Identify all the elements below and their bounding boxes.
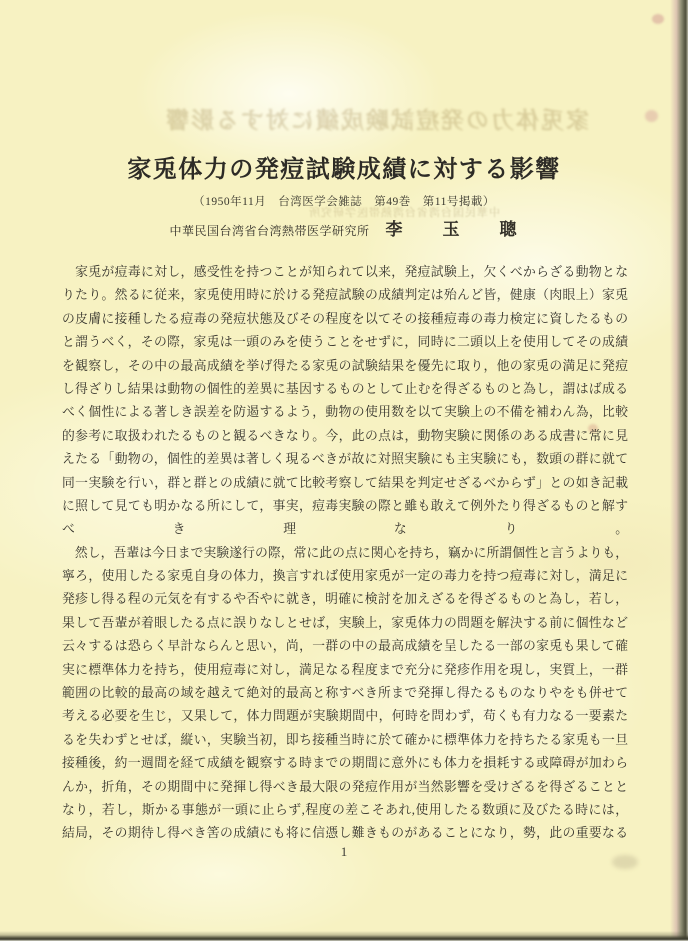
page-number: 1 bbox=[0, 844, 688, 860]
body-line: なり，若し，斯かる事態が一頭に止らず,程度の差こそあれ,使用したる数頭に及びたる… bbox=[62, 799, 628, 822]
author-affiliation: 中華民国台湾省台湾熱帯医学研究所 bbox=[169, 224, 369, 238]
body-line: 発疹し得る程の元気を有するや否やに就き，明確に検討を加えざるを得ざるものと為し，… bbox=[62, 588, 628, 611]
byline: 中華民国台湾省台湾熱帯医学研究所 李 玉 聰 bbox=[0, 215, 688, 240]
body-line: べく個性による著しき誤差を防遏するよう，動物の使用数を以て実験上の不備を補わん為… bbox=[62, 401, 628, 424]
author-name: 李 玉 聰 bbox=[386, 220, 519, 239]
scan-edge-right bbox=[670, 0, 688, 940]
ink-showthrough-title: 家兎体力の発痘試験成績に対する影響 bbox=[0, 102, 688, 135]
body-line: し得ざりし結果は動物の個性的差異に基因するものとして止むを得ざるものと為し，謂は… bbox=[62, 378, 628, 401]
body-line: えたる「動物の，個性的差異は著しく現るべきが故に対照実験にも主実験にも，数頭の群… bbox=[62, 448, 628, 471]
body-line: りたり。然るに従来，家兎使用時に於ける発痘試験の成績判定は殆んど皆，健康（肉眼上… bbox=[62, 284, 628, 307]
body-line: 的参考に取扱われたるものと観るべきなり。今，此の点は，動物実験に関係のある成書に… bbox=[62, 425, 628, 448]
body-line: 果して吾輩が着眼したる点に誤りなしとせば，実験上，家兎体力の問題を解決する前に個… bbox=[62, 612, 628, 635]
body-line: を観察し，その中の最高成績を挙げ得たる家兎の試験結果を優先に取り，他の家兎の満足… bbox=[62, 355, 628, 378]
scan-edge-bottom bbox=[0, 931, 688, 941]
body-line: るを失わずとせば，縦い，実験当初，即ち接種当時に於て確かに標準体力を持ちたる家兎… bbox=[62, 729, 628, 752]
body-line: 云々するは恐らく早計ならんと思い，尚，一群の中の最高成績を呈したる一部の家兎も果… bbox=[62, 635, 628, 658]
body-line: 寧ろ，使用したる家兎自身の体力，換言すれば使用家兎が一定の毒力を持つ痘毒に対し，… bbox=[62, 565, 628, 588]
scanned-page: 家兎体力の発痘試験成績に対する影響 家兎体力の発痘試験成績に対する影響 （195… bbox=[0, 0, 688, 947]
body-line: の皮膚に接種したる痘毒の発痘状態及びその程度を以てその接種痘毒の毒力検定に資した… bbox=[62, 308, 628, 331]
paper-stain bbox=[652, 14, 664, 24]
body-line: 結局，その期待し得べき筈の成績にも将に信憑し難きものがあることになり，勢，此の重… bbox=[62, 822, 628, 845]
body-line: 同一実験を行い，群と群との成績に就て比較考察して結果を判定せざるべからず」との如… bbox=[62, 472, 628, 495]
body-line: 考える必要を生じ，又果して，体力問題が実験期間中，何時を問わず，苟くも有力なる一… bbox=[62, 705, 628, 728]
body-line: んか，折角，その期間中に発揮し得べき最大限の発痘作用が当然影響を受けざるを得ざる… bbox=[62, 776, 628, 799]
body-line: 然し，吾輩は今日まで実験遂行の際，常に此の点に関心を持ち，竊かに所謂個性と言うよ… bbox=[62, 542, 628, 565]
body-line: 範囲の比較的最高の域を越えて絶対的最高と称すべき所まで発揮し得たるものなりやをも… bbox=[62, 682, 628, 705]
body-line: 家兎が痘毒に対し，感受性を持つことが知られて以来，発痘試験上，欠くべからざる動物… bbox=[62, 261, 628, 284]
body-line: と謂うべく，その際，家兎は一頭のみを使うことをせずに，同時に二頭以上を使用してそ… bbox=[62, 331, 628, 354]
body-line: べき理なり。 bbox=[62, 518, 628, 541]
body-line: に照して見ても明かなる所にして，事実，痘毒実験の際と雖も敢えて例外たり得ざるもの… bbox=[62, 495, 628, 518]
article-body: 家兎が痘毒に対し，感受性を持つことが知られて以来，発痘試験上，欠くべからざる動物… bbox=[62, 261, 628, 846]
body-line: 接種後，約一週間を経て成績を観察する時までの期間に意外にも体力を損耗する或障碍が… bbox=[62, 752, 628, 775]
mirrored-title-text: 家兎体力の発痘試験成績に対する影響 bbox=[164, 102, 589, 135]
paper-title: 家兎体力の発痘試験成績に対する影響 bbox=[0, 149, 688, 184]
body-line: 実に標準体力を持ち，使用痘毒に対し，満足なる程度まで充分に発疹作用を現し，実質上… bbox=[62, 659, 628, 682]
